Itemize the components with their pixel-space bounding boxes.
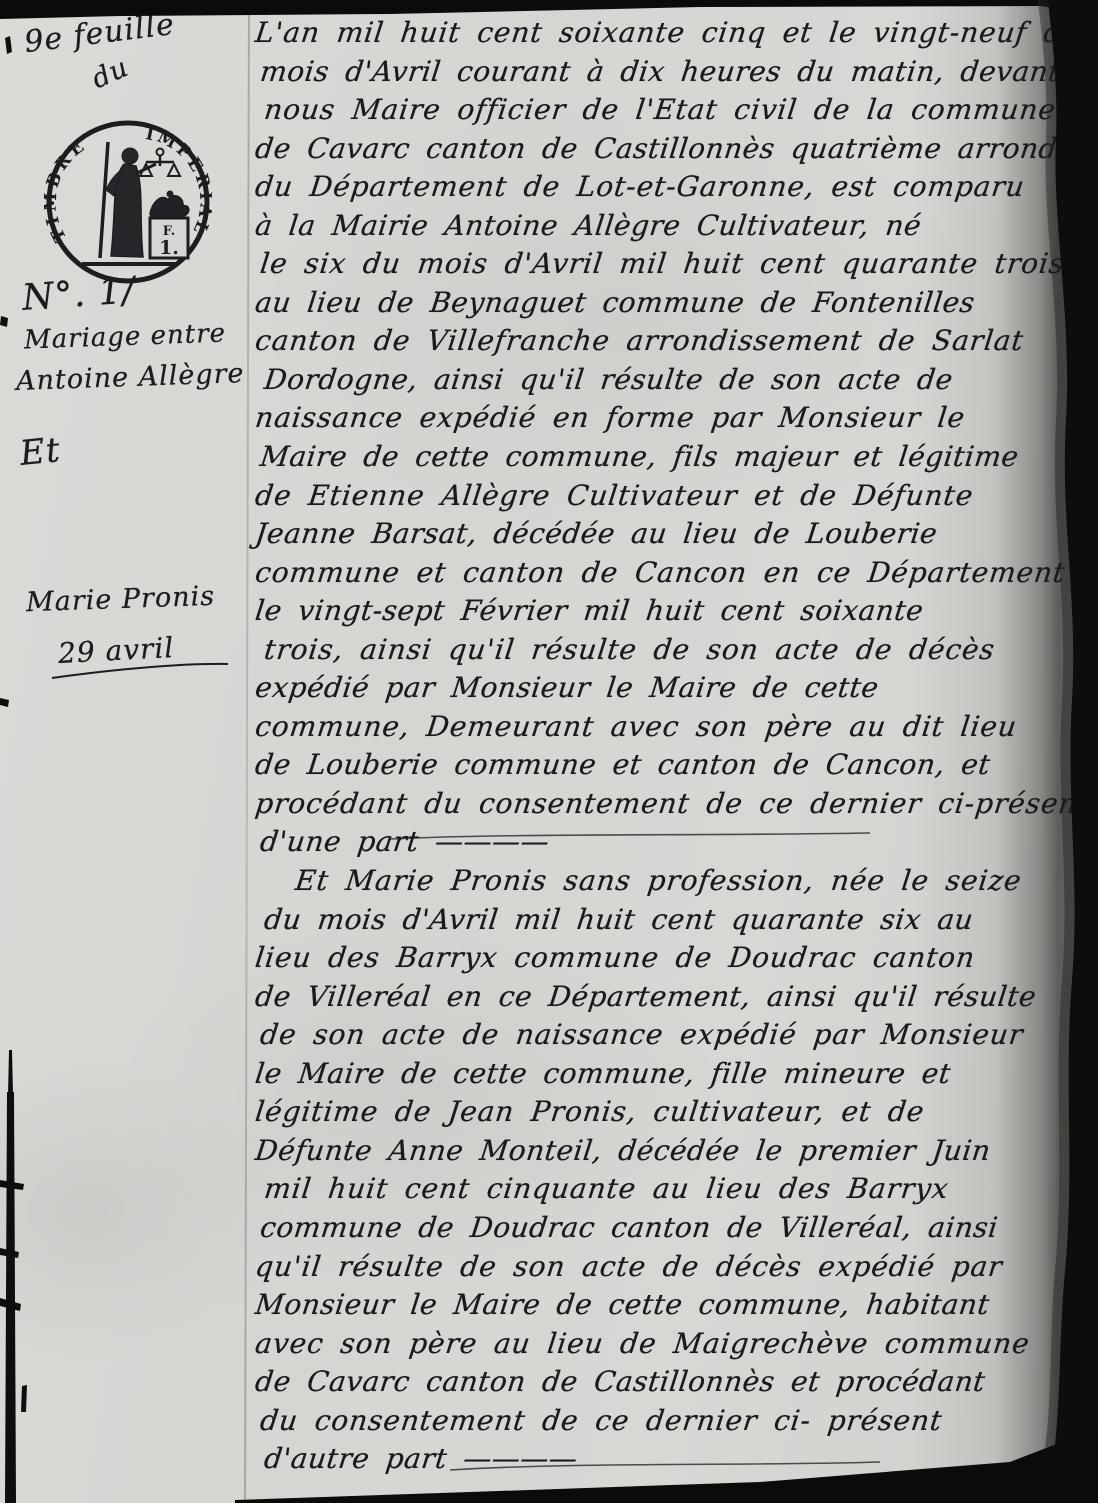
page-fold-line xyxy=(244,0,250,1503)
margin-note-date: 29 avril xyxy=(57,631,175,670)
handwritten-line: nous Maire officier de l'Etat civil de l… xyxy=(262,91,1098,130)
handwritten-line: le Maire de cette commune, fille mineure… xyxy=(253,1055,1098,1094)
handwritten-line: mil huit cent cinquante au lieu des Barr… xyxy=(262,1170,1098,1209)
margin-note-paraph: du xyxy=(87,52,133,95)
handwritten-line: le six du mois d'Avril mil huit cent qua… xyxy=(258,245,1098,284)
handwritten-line: lieu des Barryx commune de Doudrac canto… xyxy=(253,939,1098,978)
justice-figure xyxy=(100,142,156,258)
handwritten-line: du mois d'Avril mil huit cent quarante s… xyxy=(262,901,1098,940)
timbre-imperial-stamp: TIMBRE IMPERIAL. F. xyxy=(44,116,212,288)
handwritten-line: le vingt-sept Février mil huit cent soix… xyxy=(253,592,1098,631)
stamp-pedestal: F. 1. xyxy=(150,218,188,259)
handwritten-line: procédant du consentement de ce dernier … xyxy=(253,785,1098,824)
handwritten-line: Et Marie Pronis sans profession, née le … xyxy=(293,862,1098,901)
handwritten-line: Défunte Anne Monteil, décédée le premier… xyxy=(253,1132,1098,1171)
handwritten-line: commune, Demeurant avec son père au dit … xyxy=(253,708,1098,747)
staff-icon xyxy=(100,142,108,258)
handwritten-line: avec son père au lieu de Maigrechève com… xyxy=(253,1325,1098,1364)
handwritten-line: Monsieur le Maire de cette commune, habi… xyxy=(253,1286,1098,1325)
margin-note-mariage-entre: Mariage entre xyxy=(24,318,227,355)
handwritten-line: commune de Doudrac canton de Villeréal, … xyxy=(258,1209,1098,1248)
handwritten-line: de Louberie commune et canton de Cancon,… xyxy=(253,746,1098,785)
document-page: 9e feuille du N°. 1/ Mariage entre Antoi… xyxy=(0,0,1098,1503)
stamp-denomination: 1. xyxy=(159,237,179,259)
handwritten-line: du Département de Lot-et-Garonne, est co… xyxy=(253,168,1098,207)
handwritten-line: de Villeréal en ce Département, ainsi qu… xyxy=(253,978,1098,1017)
handwritten-line: Maire de cette commune, fils majeur et l… xyxy=(258,438,1098,477)
left-binding-stitches xyxy=(0,36,27,1503)
handwritten-line: d'autre part ———— xyxy=(262,1440,1098,1479)
imperial-eagle-icon xyxy=(150,191,189,219)
handwritten-line: qu'il résulte de son acte de décès expéd… xyxy=(253,1248,1098,1287)
handwritten-line: naissance expédié en forme par Monsieur … xyxy=(253,399,1098,438)
handwritten-line: L'an mil huit cent soixante cinq et le v… xyxy=(253,14,1098,53)
handwritten-line: commune et canton de Cancon en ce Départ… xyxy=(253,554,1098,593)
handwritten-line: expédié par Monsieur le Maire de cette xyxy=(253,669,1098,708)
document-body-text: L'an mil huit cent soixante cinq et le v… xyxy=(253,14,1098,1479)
margin-note-et: Et xyxy=(18,430,62,474)
handwritten-line: à la Mairie Antoine Allègre Cultivateur,… xyxy=(253,207,1098,246)
handwritten-line: mois d'Avril courant à dix heures du mat… xyxy=(258,53,1098,92)
handwritten-line: de son acte de naissance expédié par Mon… xyxy=(258,1016,1098,1055)
handwritten-line: de Cavarc canton de Castillonnès quatriè… xyxy=(253,130,1098,169)
handwritten-line: de Etienne Allègre Cultivateur et de Déf… xyxy=(253,477,1098,516)
handwritten-line: de Cavarc canton de Castillonnès et proc… xyxy=(253,1363,1098,1402)
handwritten-line: du consentement de ce dernier ci- présen… xyxy=(258,1402,1098,1441)
handwritten-line: trois, ainsi qu'il résulte de son acte d… xyxy=(262,631,1098,670)
handwritten-line: Jeanne Barsat, décédée au lieu de Louber… xyxy=(253,515,1098,554)
handwritten-line: légitime de Jean Pronis, cultivateur, et… xyxy=(253,1093,1098,1132)
handwritten-line: d'une part ———— xyxy=(258,823,1098,862)
margin-note-groom-name: Antoine Allègre xyxy=(16,358,245,397)
handwritten-line: Dordogne, ainsi qu'il résulte de son act… xyxy=(262,361,1098,400)
handwritten-line: canton de Villefranche arrondissement de… xyxy=(253,322,1098,361)
handwritten-line: au lieu de Beynaguet commune de Fontenil… xyxy=(253,284,1098,323)
margin-note-sheet-number: 9e feuille xyxy=(22,7,176,60)
margin-note-bride-name: Marie Pronis xyxy=(26,581,216,619)
